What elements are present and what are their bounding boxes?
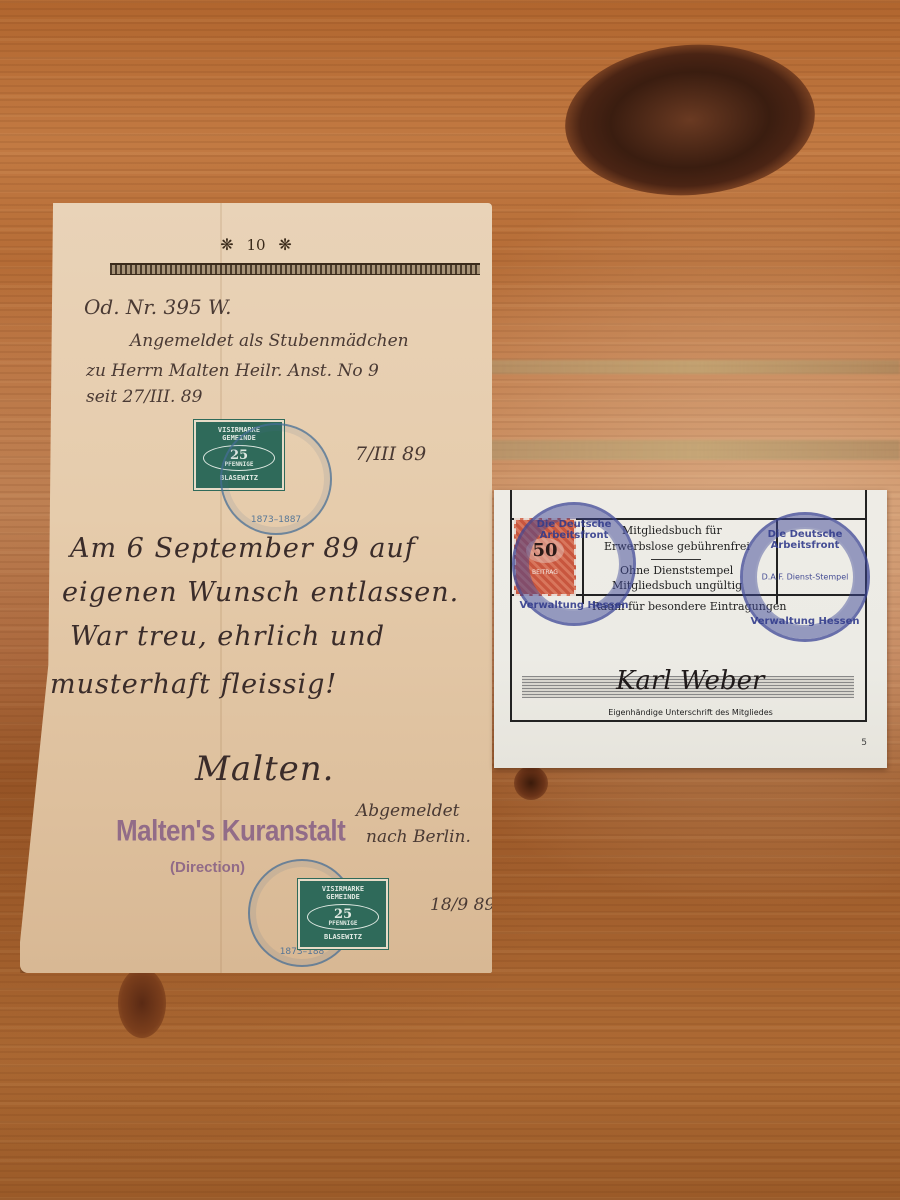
handwriting-line: Angemeldet als Stubenmädchen: [130, 331, 409, 351]
stamp-text: D.A.F. Dienst-Stempel: [743, 573, 867, 582]
header-line: Mitgliedsbuch für: [622, 524, 722, 537]
stamp-oval: 25 PFENNIGE: [307, 904, 379, 930]
wood-grain-band: [490, 360, 900, 374]
stamp-text: BLASEWITZ: [300, 933, 386, 941]
stamp-text: Verwaltung Hessen: [743, 616, 867, 627]
member-signature: Karl Weber: [616, 666, 764, 696]
decorative-border: [110, 263, 480, 275]
record-number: Od. Nr. 395 W.: [84, 295, 231, 319]
handwriting-note: nach Berlin.: [366, 827, 471, 847]
page-number-value: 10: [246, 236, 265, 254]
warning-line: Ohne Dienststempel: [620, 564, 733, 577]
membership-book-page: Mitgliedsbuch für Erwerbslose gebührenfr…: [494, 490, 887, 768]
handwriting-note: Abgemeldet: [356, 801, 460, 821]
stamp-text: Die Deutsche Arbeitsfront: [743, 529, 867, 551]
cancellation-stamp: 1873–1887: [220, 423, 332, 535]
institution-stamp-subtitle: (Direction): [170, 859, 245, 876]
stamp-text: Die Deutsche Arbeitsfront: [515, 519, 633, 541]
stamp-years: 1873–1887: [222, 515, 330, 525]
stamp-text: VISIRMARKE: [300, 885, 386, 893]
page-number: ❋ 10 ❋: [20, 235, 492, 254]
divider: [651, 559, 701, 560]
date-mark: 7/III 89: [355, 443, 426, 465]
page-number: 5: [861, 738, 867, 748]
handwriting-line: zu Herrn Malten Heilr. Anst. No 9: [86, 361, 379, 381]
handwriting-body: Am 6 September 89 auf: [70, 533, 416, 564]
stamp-text: GEMEINDE: [300, 893, 386, 901]
institution-stamp: Malten's Kuranstalt: [116, 813, 345, 849]
handwriting-line: seit 27/III. 89: [86, 387, 202, 407]
daf-stamp: Die Deutsche Arbeitsfront Verwaltung Hes…: [512, 502, 636, 626]
wood-grain-band: [490, 440, 900, 460]
ornament-icon: ❋: [278, 235, 291, 254]
wood-knot-small: [118, 968, 166, 1038]
handwriting-date: 18/9 89.: [430, 895, 501, 915]
signature-caption: Eigenhändige Unterschrift des Mitgliedes: [494, 708, 887, 717]
handwriting-body: eigenen Wunsch entlassen.: [62, 577, 459, 608]
revenue-stamp: VISIRMARKE GEMEINDE 25 PFENNIGE BLASEWIT…: [298, 879, 388, 949]
handwriting-body: musterhaft fleissig!: [50, 669, 337, 700]
signature: Malten.: [195, 749, 334, 789]
stamp-value: 25: [334, 908, 352, 921]
employment-record-page: ❋ 10 ❋ Od. Nr. 395 W. Angemeldet als Stu…: [20, 203, 492, 973]
daf-stamp: Die Deutsche Arbeitsfront D.A.F. Dienst-…: [740, 512, 870, 642]
handwriting-body: War treu, ehrlich und: [70, 621, 385, 652]
stamp-currency: PFENNIGE: [329, 921, 358, 927]
wood-knot-dot: [514, 766, 548, 800]
ornament-icon: ❋: [220, 235, 233, 254]
stamp-text: Verwaltung Hessen: [515, 600, 633, 611]
